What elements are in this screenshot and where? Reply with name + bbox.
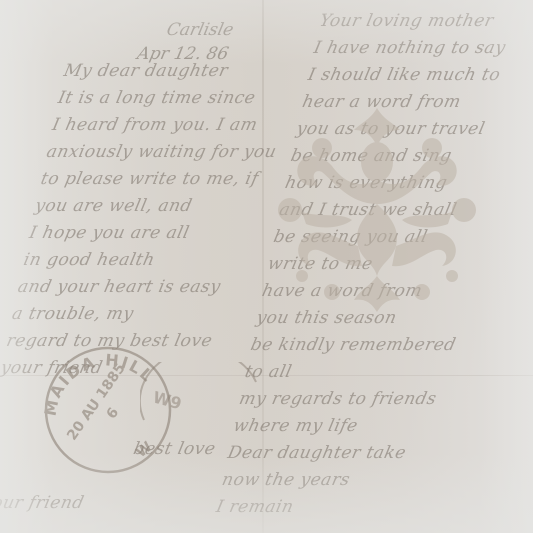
text-line: a trouble, my [9, 301, 246, 328]
damask-ornament-icon [262, 100, 492, 315]
text-line: My dear daughter [61, 58, 298, 85]
text-line: I should like much to [305, 62, 516, 89]
text-line: to all [242, 359, 453, 386]
text-line: anxiously waiting for you [44, 139, 281, 166]
text-line: and your heart is easy [15, 274, 252, 301]
text-line: now the years [219, 467, 430, 494]
text-line: I hope you are all [27, 220, 264, 247]
postmark-code: 6 [104, 405, 123, 422]
postmark-district: W [133, 439, 155, 461]
text-line: I heard from you. I am [50, 112, 287, 139]
text-line: It is a long time since [55, 85, 292, 112]
text-line: to please write to me, if [38, 166, 275, 193]
text-line: my regards to friends [236, 386, 447, 413]
text-line: you are well, and [32, 193, 269, 220]
secondary-postmark-text: W9 [151, 388, 184, 414]
text-line: I have nothing to say [311, 35, 522, 62]
text-line: be kindly remembered [248, 332, 459, 359]
text-line: in good health [21, 247, 258, 274]
text-line: where my life [231, 413, 442, 440]
letter-place: Carlisle [140, 18, 236, 42]
vintage-letter-background: Carlisle Apr 12. 86 My dear daughter It … [0, 0, 533, 533]
secondary-postmark-icon: W9 [140, 362, 260, 422]
text-line: I remain [213, 494, 424, 521]
text-line: Your loving mother [317, 8, 528, 35]
text-line: your friend [0, 490, 207, 517]
text-line: Dear daughter take [225, 440, 436, 467]
